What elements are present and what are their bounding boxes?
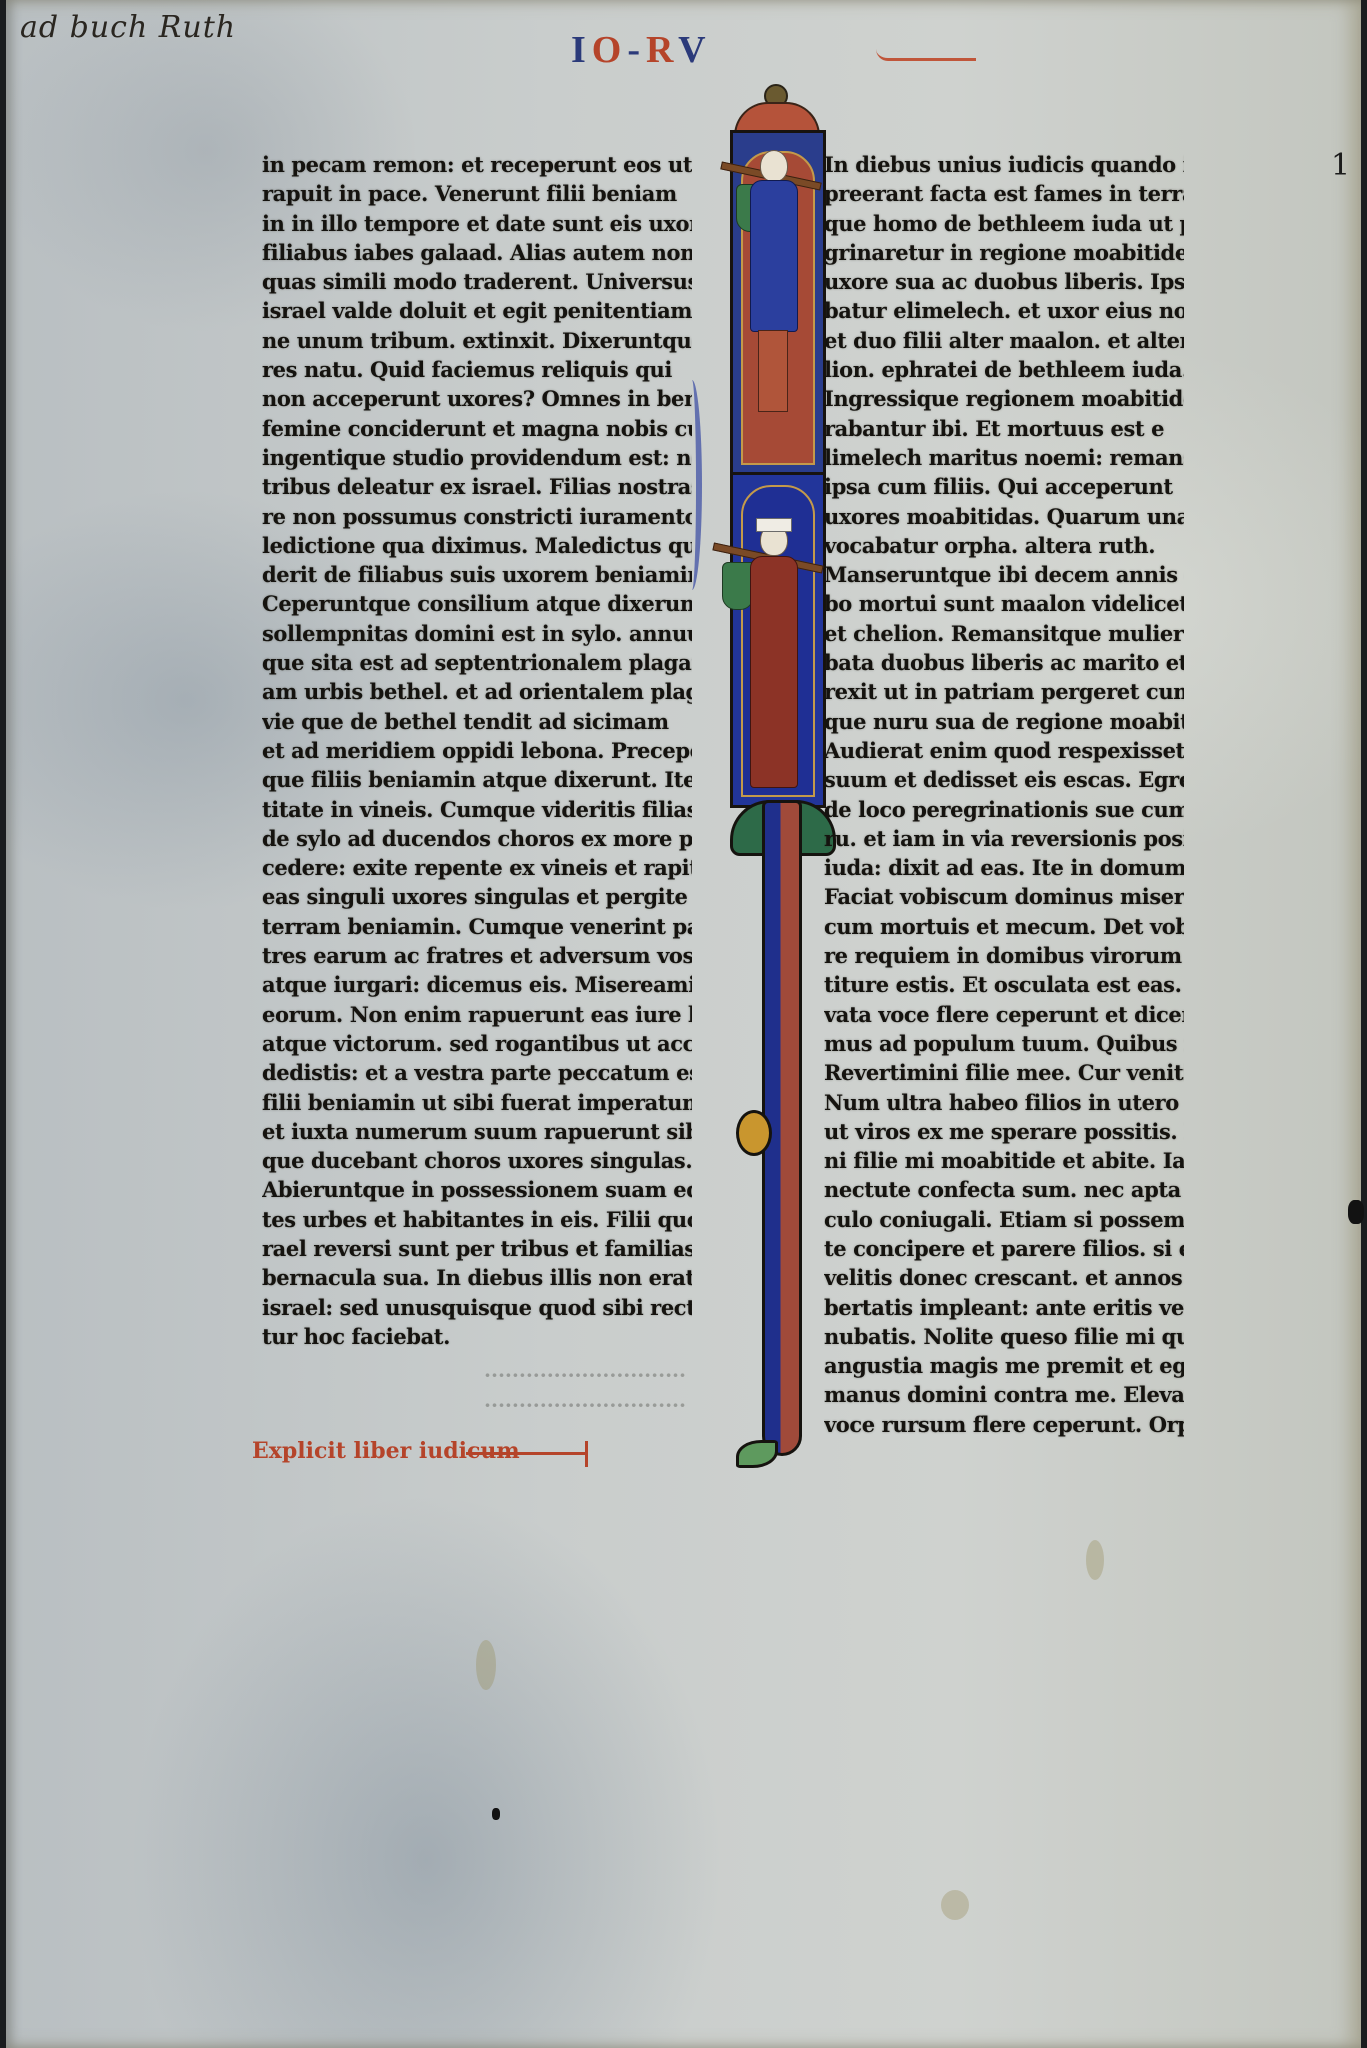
text-line: ne unum tribum. extinxit. Dixeruntque ma…: [262, 326, 692, 355]
stain: [941, 1890, 969, 1920]
red-flourish: [876, 44, 976, 61]
text-line: lion. ephratei de bethleem iuda.: [824, 355, 1184, 384]
text-line: eorum. Non enim rapuerunt eas iure bella…: [262, 1000, 692, 1029]
text-line: que ducebant choros uxores singulas.: [262, 1146, 692, 1175]
running-header: IO-RV: [571, 28, 712, 72]
text-line: grinaretur in regione moabitide cum: [824, 238, 1184, 267]
left-text-column: in pecam remon: et receperunt eos ut cos…: [262, 150, 692, 1351]
text-line: bata duobus liberis ac marito et sur: [824, 648, 1184, 677]
text-line: ni filie mi moabitide et abite. Iam enim…: [824, 1146, 1184, 1175]
text-line: vie que de bethel tendit ad sicimam: [262, 707, 692, 736]
figure-head: [760, 150, 788, 182]
text-line: bertatis impleant: ante eritis vetule qu…: [824, 1293, 1184, 1322]
text-line: et duo filii alter maalon. et alter chel: [824, 326, 1184, 355]
text-line: am urbis bethel. et ad orientalem plagam: [262, 677, 692, 706]
text-line: atque victorum. sed rogantibus ut accipe…: [262, 1029, 692, 1058]
text-line: ledictione qua diximus. Maledictus qui d…: [262, 531, 692, 560]
text-line: Faciat vobiscum dominus misericordiam si…: [824, 882, 1184, 911]
text-line: bernacula sua. In diebus illis non erat …: [262, 1263, 692, 1292]
text-line: ru. et iam in via reversionis posita in …: [824, 824, 1184, 853]
text-line: que nuru sua de regione moabitide.: [824, 707, 1184, 736]
text-line: tur hoc faciebat.: [262, 1322, 692, 1351]
text-line: re non possumus constricti iuramento et …: [262, 502, 692, 531]
text-line: Audierat enim quod respexisset dominus p…: [824, 736, 1184, 765]
text-line: tes urbes et habitantes in eis. Filii qu…: [262, 1205, 692, 1234]
text-line: rabantur ibi. Et mortuus est e: [824, 414, 1184, 443]
text-line: velitis donec crescant. et annos pu: [824, 1263, 1184, 1292]
text-line: et iuxta numerum suum rapuerunt sibi de …: [262, 1117, 692, 1146]
text-line: eas singuli uxores singulas et pergite i…: [262, 882, 692, 911]
leaf-terminal: [736, 1440, 778, 1468]
header-letter-3: -: [627, 29, 646, 71]
text-line: ingentique studio providendum est: ne un…: [262, 443, 692, 472]
edge-damage: [1348, 1200, 1364, 1224]
manuscript-page: ad buch Ruth IO-RV 1 in pecam remon: et …: [6, 0, 1361, 2048]
text-line: nubatis. Nolite queso filie mi quia vest…: [824, 1322, 1184, 1351]
text-line: vocabatur orpha. altera ruth.: [824, 531, 1184, 560]
text-line: ipsa cum filiis. Qui acceperunt: [824, 472, 1184, 501]
text-line: cedere: exite repente ex vineis et rapit…: [262, 853, 692, 882]
figure-gown: [750, 556, 798, 788]
rubric-line-filler: [466, 1452, 586, 1455]
text-line: que homo de bethleem iuda ut pere: [824, 209, 1184, 238]
show-through-text: ····························· ··········…: [246, 1360, 686, 1420]
text-line: Abieruntque in possessionem suam edifica…: [262, 1175, 692, 1204]
text-line: rapuit in pace. Venerunt filii beniam: [262, 179, 692, 208]
text-line: et ad meridiem oppidi lebona. Preceperun…: [262, 736, 692, 765]
text-line: de loco peregrinationis sue cum utraque …: [824, 795, 1184, 824]
figure-legs: [758, 330, 788, 412]
text-line: de sylo ad ducendos choros ex more pro: [262, 824, 692, 853]
text-line: Manseruntque ibi decem annis et am: [824, 560, 1184, 589]
text-line: cum mortuis et mecum. Det vobis inveni: [824, 912, 1184, 941]
text-line: rexit ut in patriam pergeret cum utra: [824, 677, 1184, 706]
text-line: in in illo tempore et date sunt eis uxor…: [262, 209, 692, 238]
text-line: preerant facta est fames in terra. Abiit: [824, 179, 1184, 208]
text-line: vata voce flere ceperunt et dicere. Tecu…: [824, 1000, 1184, 1029]
text-line: tribus deleatur ex israel. Filias nostra…: [262, 472, 692, 501]
text-line: uxore sua ac duobus liberis. Ipse voca: [824, 267, 1184, 296]
blue-pen-flourish: [682, 380, 702, 590]
text-line: In diebus unius iudicis quando iudices: [824, 150, 1184, 179]
text-line: manus domini contra me. Elevata igitur: [824, 1380, 1184, 1409]
text-line: Ingressique regionem moabitidem mo: [824, 384, 1184, 413]
figure-woman-red-gown: [746, 510, 798, 790]
text-line: Ceperuntque consilium atque dixerunt. Ec…: [262, 589, 692, 618]
text-line: que sita est ad septentrionalem plagam: [262, 648, 692, 677]
marginal-annotation: ad buch Ruth: [20, 10, 236, 45]
text-line: ut viros ex me sperare possitis. Reverti…: [824, 1117, 1184, 1146]
stain: [1086, 1540, 1104, 1580]
right-text-column: In diebus unius iudicis quando iudices p…: [824, 150, 1184, 1439]
text-line: Revertimini filie mee. Cur venitis mecum…: [824, 1058, 1184, 1087]
text-line: mus ad populum tuum. Quibus illa respond…: [824, 1029, 1184, 1058]
text-line: femine conciderunt et magna nobis cura: [262, 414, 692, 443]
text-line: angustia magis me premit et egressa est: [824, 1351, 1184, 1380]
header-letter-4: R: [646, 29, 678, 71]
text-line: filii beniamin ut sibi fuerat imperatum: [262, 1088, 692, 1117]
text-line: titate in vineis. Cumque videritis filia…: [262, 795, 692, 824]
text-line: atque iurgari: dicemus eis. Misereamini: [262, 970, 692, 999]
text-line: israel: sed unusquisque quod sibi rectum…: [262, 1293, 692, 1322]
text-line: limelech maritus noemi: remansitque: [824, 443, 1184, 472]
text-line: res natu. Quid faciemus reliquis qui: [262, 355, 692, 384]
ink-speck: [492, 1808, 500, 1820]
explicit-rubric: Explicit liber iudicum: [252, 1438, 520, 1464]
text-line: re requiem in domibus virorum quos sor: [824, 941, 1184, 970]
headdress: [756, 518, 792, 532]
text-line: voce rursum flere ceperunt. Orpha oscu /…: [824, 1410, 1184, 1439]
text-line: uxores moabitidas. Quarum una: [824, 502, 1184, 531]
header-letter-5: V: [678, 29, 711, 71]
text-line: terram beniamin. Cumque venerint pa: [262, 912, 692, 941]
text-line: rael reversi sunt per tribus et familias…: [262, 1234, 692, 1263]
text-line: quas simili modo traderent. Universusque: [262, 267, 692, 296]
stain: [476, 1640, 496, 1690]
text-line: iuda: dixit ad eas. Ite in domum matris …: [824, 853, 1184, 882]
text-line: derit de filiabus suis uxorem beniamin.: [262, 560, 692, 589]
figure-man-blue-tunic: [746, 150, 798, 430]
text-line: sollempnitas domini est in sylo. annuus …: [262, 619, 692, 648]
text-line: israel valde doluit et egit penitentiam …: [262, 296, 692, 325]
text-line: batur elimelech. et uxor eius noemi: [824, 296, 1184, 325]
text-line: tres earum ac fratres et adversum vos qu…: [262, 941, 692, 970]
header-letter-2: O: [592, 29, 628, 71]
text-line: que filiis beniamin atque dixerunt. Ite …: [262, 765, 692, 794]
folio-mark: 1: [1331, 148, 1350, 183]
text-line: Num ultra habeo filios in utero meo: [824, 1088, 1184, 1117]
header-letter-1: I: [571, 29, 592, 71]
text-line: bo mortui sunt maalon videlicet: [824, 589, 1184, 618]
text-line: te concipere et parere filios. si expect…: [824, 1234, 1184, 1263]
text-line: non acceperunt uxores? Omnes in beniami: [262, 384, 692, 413]
text-line: et chelion. Remansitque mulier or: [824, 619, 1184, 648]
text-line: in pecam remon: et receperunt eos ut cos…: [262, 150, 692, 179]
text-line: culo coniugali. Etiam si possem hac noc: [824, 1205, 1184, 1234]
text-line: filiabus iabes galaad. Alias autem non r…: [262, 238, 692, 267]
text-line: nectute confecta sum. nec apta vin: [824, 1175, 1184, 1204]
figure-tunic: [750, 180, 798, 332]
gold-knot-ornament: [736, 1110, 772, 1156]
text-line: dedistis: et a vestra parte peccatum est…: [262, 1058, 692, 1087]
text-line: suum et dedisset eis escas. Egressa est …: [824, 765, 1184, 794]
text-line: titure estis. Et osculata est eas. Que e…: [824, 970, 1184, 999]
